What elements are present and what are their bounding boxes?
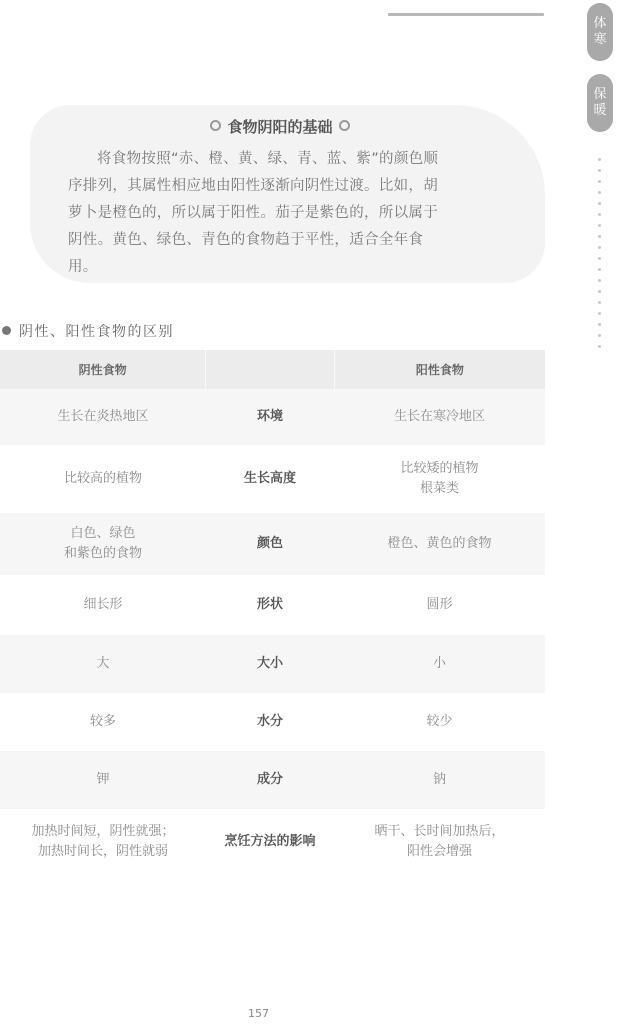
header-yin-food: 阴性食物 [0,361,205,378]
header-aspect [205,350,335,389]
table-row: 加热时间短，阴性就强； 加热时间长，阴性就弱烹饪方法的影响晒干、长时间加热后， … [0,809,545,875]
table-header-row: 阴性食物 阳性食物 [0,350,545,389]
aspect-cell: 大小 [206,654,334,674]
page-number: 157 [248,1007,269,1020]
table-row: 比较高的植物生长高度比较矮的植物 根菜类 [0,445,545,513]
aspect-cell: 烹饪方法的影响 [206,832,334,852]
yang-cell: 钠 [334,770,545,790]
side-tab-char: 体 [593,16,606,32]
aspect-cell: 颜色 [206,534,334,554]
yin-cell: 加热时间短，阴性就强； 加热时间长，阴性就弱 [0,822,206,862]
table-row: 生长在炎热地区环境生长在寒冷地区 [0,389,545,445]
side-tab-char: 暖 [593,103,606,119]
info-title-text: 食物阴阳的基础 [227,118,332,136]
yin-yang-comparison-table: 阴性食物 阳性食物 生长在炎热地区环境生长在寒冷地区比较高的植物生长高度比较矮的… [0,350,545,875]
yin-cell: 细长形 [0,595,206,615]
aspect-cell: 成分 [206,770,334,790]
aspect-cell: 生长高度 [206,469,334,489]
section-heading-text: 阴性、阳性食物的区别 [19,324,174,340]
aspect-cell: 环境 [206,407,334,427]
yang-cell: 橙色、黄色的食物 [334,534,545,554]
dotted-divider [598,158,602,356]
side-tab-char: 保 [593,87,606,103]
yin-cell: 生长在炎热地区 [0,407,206,427]
yin-cell: 较多 [0,712,206,732]
aspect-cell: 水分 [206,712,334,732]
yang-cell: 圆形 [334,595,545,615]
yang-cell: 生长在寒冷地区 [334,407,545,427]
info-box-body: 将食物按照“赤、橙、黄、绿、青、蓝、紫”的颜色顺序排列，其属性相应地由阳性逐渐向… [68,146,448,281]
yin-cell: 大 [0,654,206,674]
info-box-title: 食物阴阳的基础 [0,116,560,137]
table-row: 大大小小 [0,635,545,693]
yang-cell: 晒干、长时间加热后， 阳性会增强 [334,822,545,862]
section-heading: 阴性、阳性食物的区别 [2,321,174,341]
yin-cell: 白色、绿色 和紫色的食物 [0,524,206,564]
ring-icon [339,120,350,131]
yin-cell: 比较高的植物 [0,469,206,489]
bullet-icon [2,326,11,335]
ring-icon [210,120,221,131]
yin-cell: 钾 [0,770,206,790]
table-row: 钾成分钠 [0,751,545,809]
header-rule [388,13,544,16]
yang-cell: 比较矮的植物 根菜类 [334,459,545,499]
aspect-cell: 形状 [206,595,334,615]
yang-cell: 较少 [334,712,545,732]
table-body: 生长在炎热地区环境生长在寒冷地区比较高的植物生长高度比较矮的植物 根菜类白色、绿… [0,389,545,875]
side-tab-char: 寒 [593,32,606,48]
side-tab-keep-warm[interactable]: 保 暖 [587,74,613,132]
table-row: 白色、绿色 和紫色的食物颜色橙色、黄色的食物 [0,513,545,575]
side-tab-body-cold[interactable]: 体 寒 [587,3,613,61]
table-row: 较多水分较少 [0,693,545,751]
table-row: 细长形形状圆形 [0,575,545,635]
header-yang-food: 阳性食物 [335,361,545,378]
yang-cell: 小 [334,654,545,674]
